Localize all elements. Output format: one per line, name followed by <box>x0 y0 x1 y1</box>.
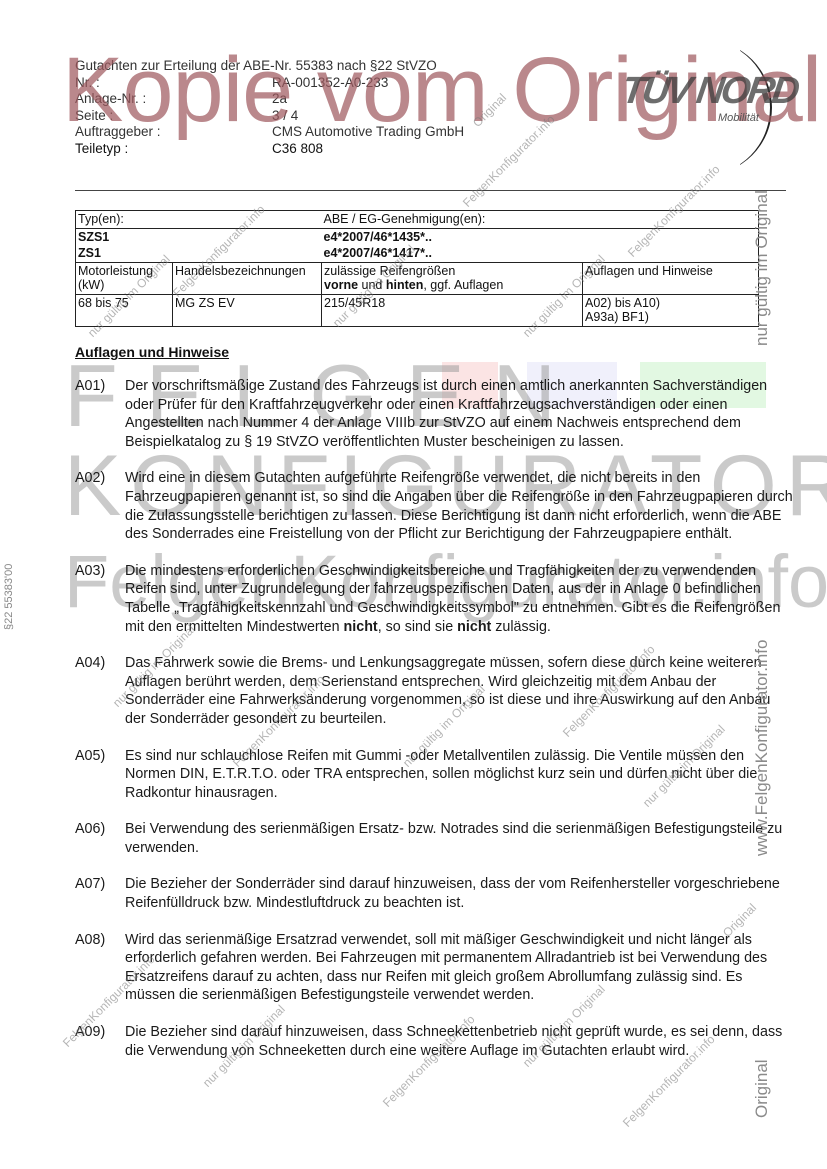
conditions-list: A01)Der vorschriftsmäßige Zustand des Fa… <box>75 377 795 1078</box>
table-row: 68 bis 75 MG ZS EV 215/45R18 A02) bis A1… <box>76 294 759 326</box>
diagonal-watermark: FelgenKonfigurator.info <box>460 112 558 210</box>
header-field-teiletyp: Teiletyp :C36 808 <box>75 141 464 158</box>
logo-subtitle: Mobilität <box>718 112 759 124</box>
list-item: A01)Der vorschriftsmäßige Zustand des Fa… <box>75 377 795 451</box>
list-item: A04)Das Fahrwerk sowie die Brems- und Le… <box>75 654 795 728</box>
table-row: ZS1 e4*2007/46*1417*.. <box>76 245 759 262</box>
list-item: A09)Die Bezieher sind darauf hinzuweisen… <box>75 1023 795 1060</box>
col-trade-names: Handelsbezeichnungen <box>173 262 322 294</box>
list-item: A08)Wird das serienmäßige Ersatzrad verw… <box>75 931 795 1005</box>
col-notes: Auflagen und Hinweise <box>583 262 759 294</box>
col-tyre-sizes: zulässige Reifengrößen vorne und hinten,… <box>322 262 583 294</box>
header-field-auftraggeber: Auftraggeber :CMS Automotive Trading Gmb… <box>75 124 464 141</box>
table-row: SZS1 e4*2007/46*1435*.. <box>76 228 759 245</box>
list-item: A05)Es sind nur schlauchlose Reifen mit … <box>75 747 795 803</box>
table-header-row: Typ(en): ABE / EG-Genehmigung(en): <box>76 211 759 229</box>
col-power: Motorleistung (kW) <box>76 262 173 294</box>
side-watermark-url: www.FelgenKonfigurator.info <box>752 640 772 856</box>
list-item: A02)Wird eine in diesem Gutachten aufgef… <box>75 469 795 543</box>
tuev-logo: TÜV NORD Mobilität <box>622 70 796 113</box>
side-reference-number: §22 55383'00 <box>3 564 15 630</box>
section-heading: Auflagen und Hinweise <box>75 344 229 360</box>
side-watermark-original: Original <box>752 1059 772 1118</box>
approval-table: Typ(en): ABE / EG-Genehmigung(en): SZS1 … <box>75 210 759 327</box>
list-item: A03)Die mindestens erforderlichen Geschw… <box>75 562 795 636</box>
header-field-nr: Nr. :RA-001352-A0-233 <box>75 75 464 92</box>
header-field-anlage: Anlage-Nr. :2a <box>75 91 464 108</box>
document-page: FELGEN KONFIGURATOR FelgenKonfigurator.i… <box>0 0 827 1169</box>
document-header: Gutachten zur Erteilung der ABE-Nr. 5538… <box>75 58 464 157</box>
list-item: A06)Bei Verwendung des serienmäßigen Ers… <box>75 820 795 857</box>
list-item: A07)Die Bezieher der Sonderräder sind da… <box>75 875 795 912</box>
logo-mark: TÜV NORD <box>619 70 799 113</box>
header-field-seite: Seite :3 / 4 <box>75 108 464 125</box>
diagonal-watermark: Original <box>470 91 509 130</box>
document-title: Gutachten zur Erteilung der ABE-Nr. 5538… <box>75 58 464 75</box>
table-column-header-row: Motorleistung (kW) Handelsbezeichnungen … <box>76 262 759 294</box>
approval-header: ABE / EG-Genehmigung(en): <box>322 211 759 229</box>
side-watermark-nur-gueltig: nur gültig im Original <box>752 190 772 346</box>
type-header: Typ(en): <box>76 211 322 229</box>
header-divider <box>75 190 786 191</box>
